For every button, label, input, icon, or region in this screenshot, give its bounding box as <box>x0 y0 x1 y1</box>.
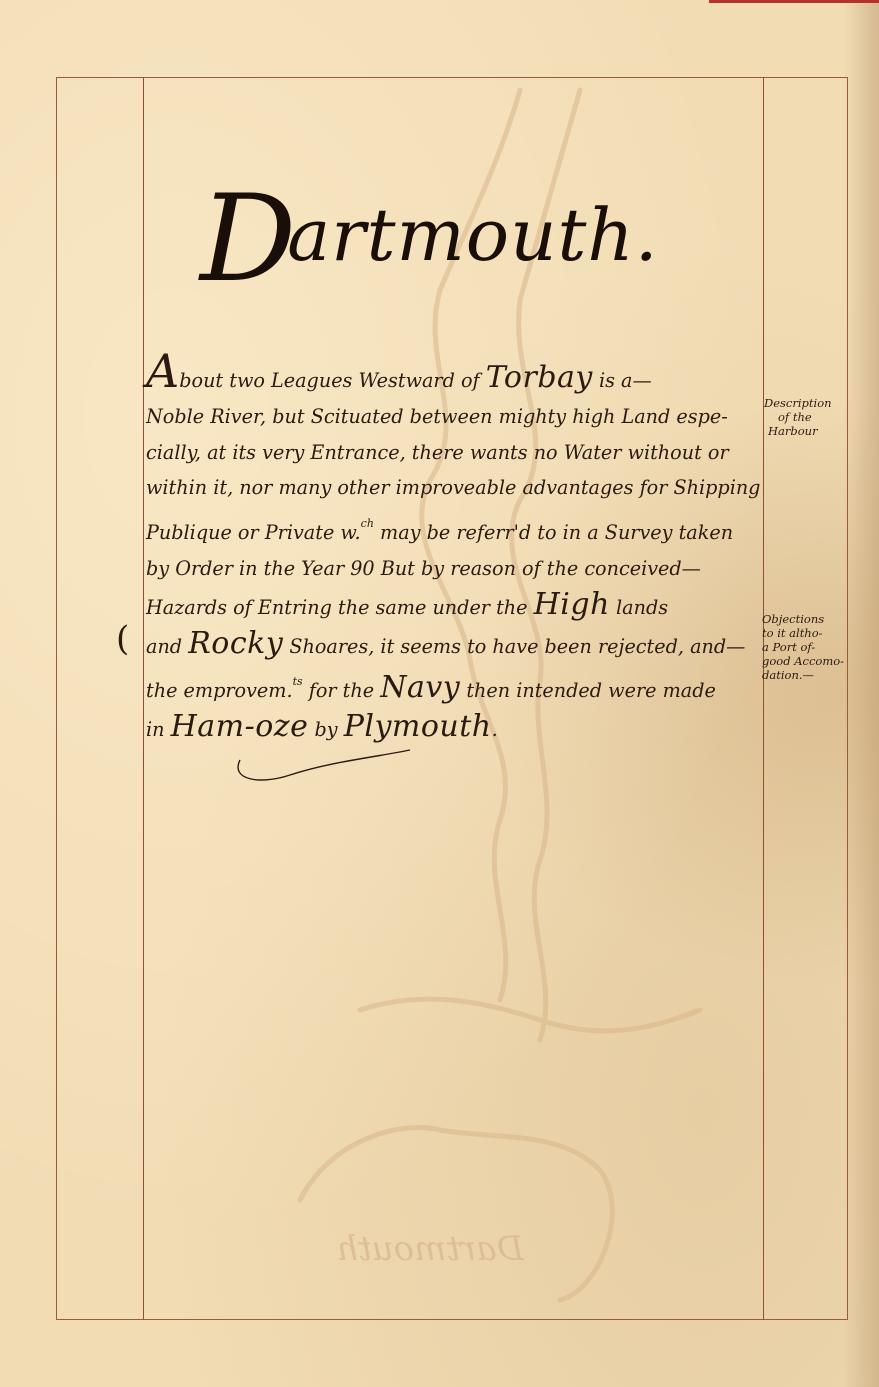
margin-note-objections: Objections to it altho- a Port of- good … <box>762 612 852 682</box>
title-initial: D <box>200 170 297 309</box>
text-line-4: within it, nor many other improveable ad… <box>146 470 762 506</box>
text-line-6: by Order in the Year 90 But by reason of… <box>146 551 762 587</box>
right-margin-rule <box>763 77 764 1320</box>
text-line-9: the emprovem.ts for the Navy then intend… <box>146 664 762 709</box>
text-line-7: Hazards of Entring the same under the Hi… <box>146 587 762 626</box>
text-line-3: cially, at its very Entrance, there want… <box>146 435 762 471</box>
page-edge-tab <box>709 0 879 3</box>
text-line-5: Publique or Private w.ch may be referr'd… <box>146 506 762 551</box>
closing-flourish <box>230 730 430 790</box>
margin-note-description: Description of the Harbour <box>764 396 864 438</box>
text-line-1: About two Leagues Westward of Torbay is … <box>146 360 762 399</box>
page-title: Dartmouth. <box>200 150 720 280</box>
left-parenthesis: ( <box>116 622 129 658</box>
text-line-2: Noble River, but Scituated between might… <box>146 399 762 435</box>
title-rest: artmouth. <box>287 193 658 277</box>
body-paragraph: About two Leagues Westward of Torbay is … <box>146 360 762 748</box>
left-margin-rule <box>143 77 144 1320</box>
text-line-8: (and Rocky Shoares, it seems to have bee… <box>146 626 762 665</box>
